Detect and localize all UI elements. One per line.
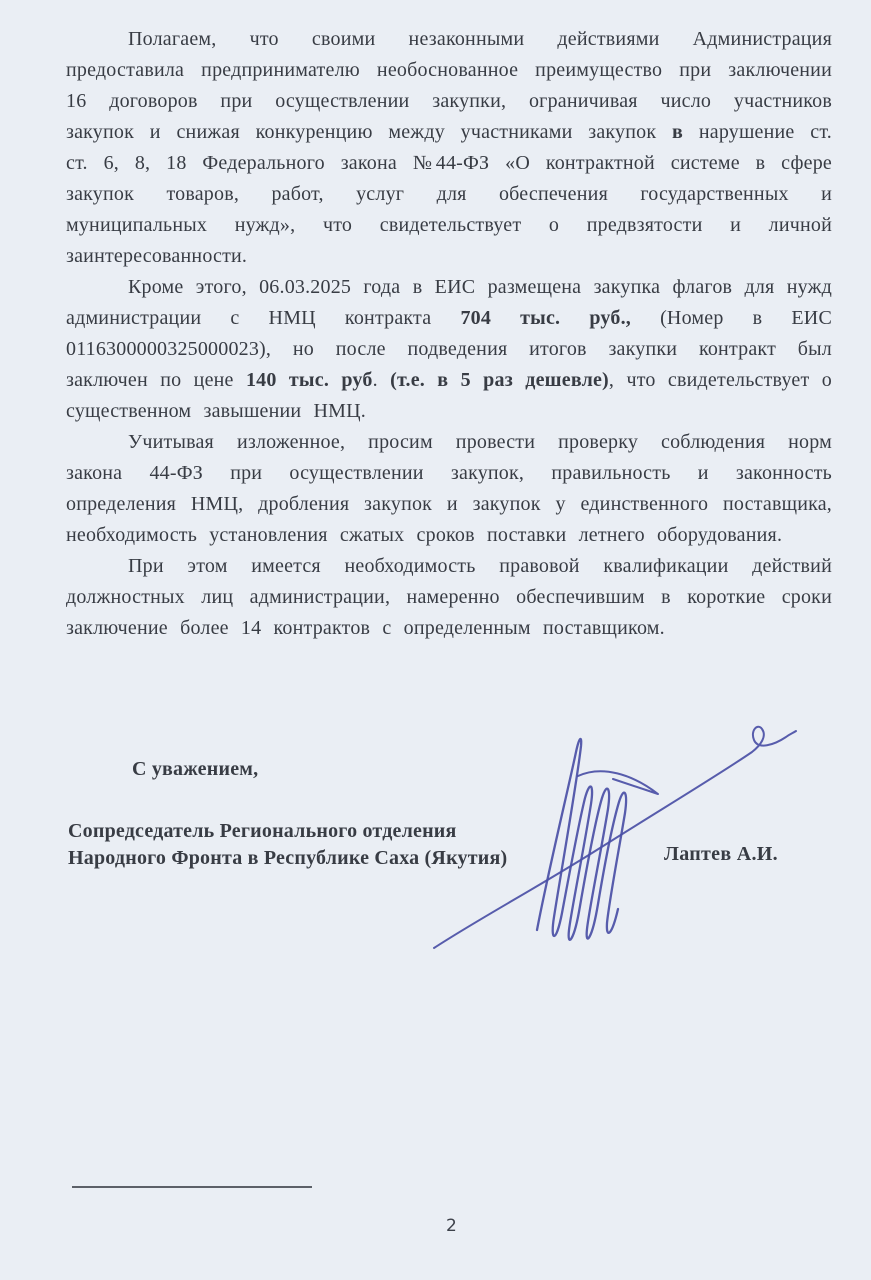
paragraph-3: Учитывая изложенное, просим провести про… [66, 427, 832, 551]
footnote-rule [72, 1186, 312, 1188]
letter-body: Полагаем, что своими незаконными действи… [66, 24, 832, 644]
paragraph-1: Полагаем, что своими незаконными действи… [66, 24, 832, 272]
text-run-bold: в [672, 121, 683, 143]
text-run-bold: (т.е. в 5 раз дешевле) [390, 369, 609, 391]
text-run-bold: 704 тыс. руб., [460, 307, 631, 329]
text-run: При этом имеется необходимость правовой … [66, 555, 832, 639]
signature-ink [420, 690, 810, 960]
paragraph-2: Кроме этого, 06.03.2025 года в ЕИС разме… [66, 272, 832, 427]
signature-flag-stroke [578, 771, 658, 794]
signature-diagonal-stroke [434, 727, 796, 948]
closing-salutation: С уважением, [132, 758, 258, 781]
text-run-bold: 140 тыс. руб [246, 369, 373, 391]
document-page: Полагаем, что своими незаконными действи… [0, 0, 871, 1280]
page-number: 2 [446, 1216, 457, 1236]
paragraph-4: При этом имеется необходимость правовой … [66, 551, 832, 644]
text-run: Учитывая изложенное, просим провести про… [66, 431, 832, 546]
text-run: . [373, 369, 391, 391]
